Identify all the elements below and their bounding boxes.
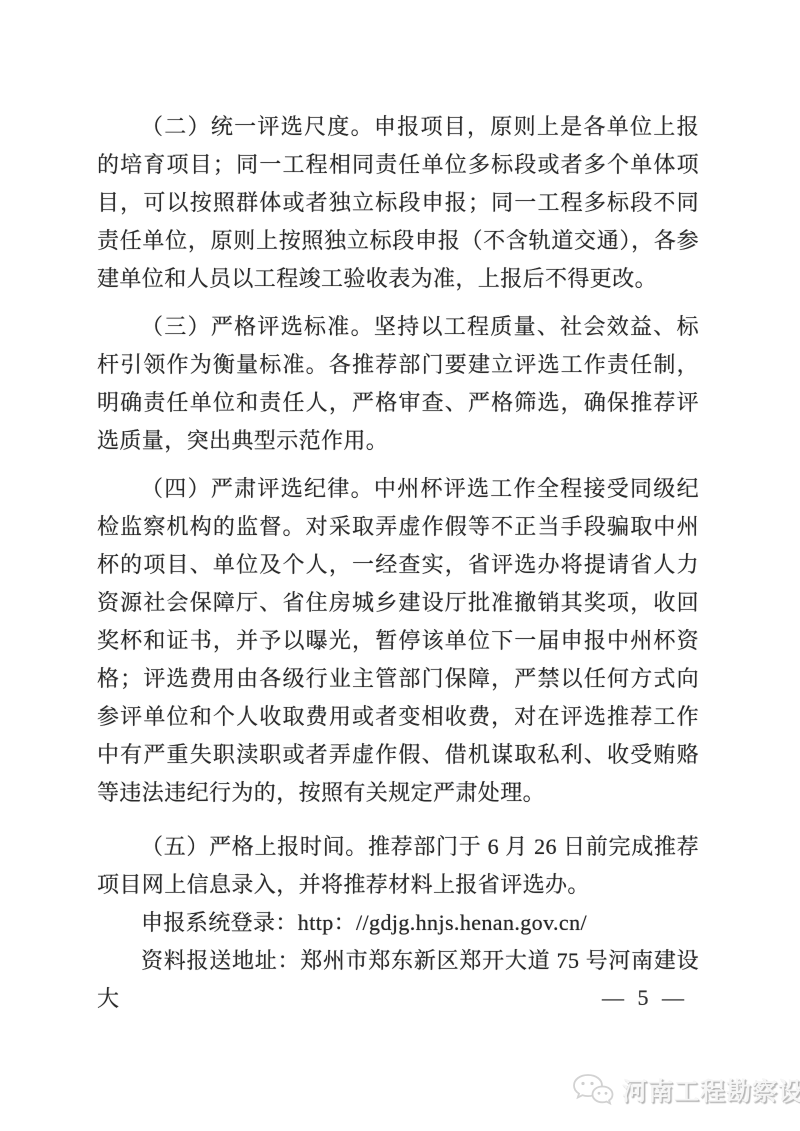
document-page: （二）统一评选尺度。申报项目，原则上是各单位上报的培育项目；同一工程相同责任单位… xyxy=(0,0,800,1131)
paragraph-section-4: （四）严肃评选纪律。中州杯评选工作全程接受同级纪检监察机构的监督。对采取弄虚作假… xyxy=(97,470,699,812)
paragraph-section-3: （三）严格评选标准。坚持以工程质量、社会效益、标杆引领作为衡量标准。各推荐部门要… xyxy=(97,308,699,460)
paragraph-section-2: （二）统一评选尺度。申报项目，原则上是各单位上报的培育项目；同一工程相同责任单位… xyxy=(97,108,699,298)
watermark: 河南工程勘察设计 xyxy=(572,1072,800,1108)
paragraph-section-5: （五）严格上报时间。推荐部门于 6 月 26 日前完成推荐项目网上信息录入，并将… xyxy=(97,828,699,904)
wechat-icon xyxy=(572,1073,614,1107)
page-number: — 5 — xyxy=(602,985,688,1011)
watermark-text: 河南工程勘察设计 xyxy=(622,1072,800,1108)
document-body: （二）统一评选尺度。申报项目，原则上是各单位上报的培育项目；同一工程相同责任单位… xyxy=(97,108,699,1018)
paragraph-login-url: 申报系统登录：http：//gdjg.hnjs.henan.gov.cn/ xyxy=(97,904,699,942)
